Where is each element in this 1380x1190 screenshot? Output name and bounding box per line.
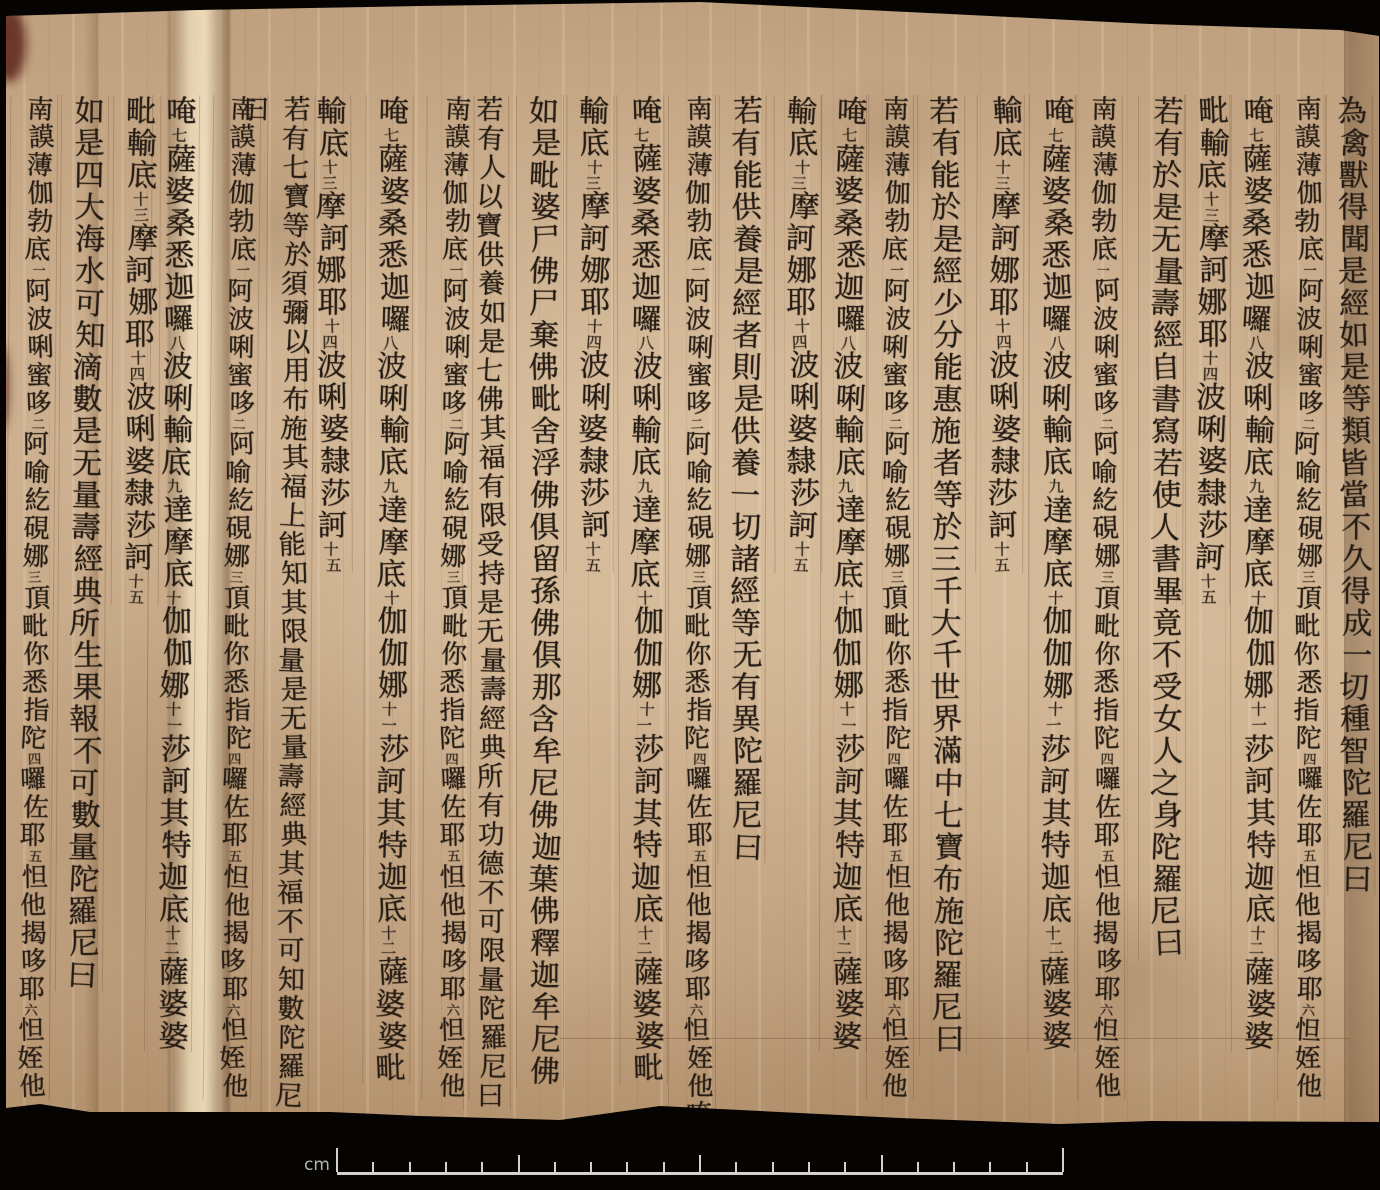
scale-bar-tick [953, 1162, 955, 1172]
manuscript-column: 唵七薩婆桑悉迦囉八波唎輸底九達摩底十伽伽娜十一莎訶其特迦底十二薩婆婆毗 [362, 95, 413, 1084]
scale-bar-tick [1062, 1148, 1064, 1172]
scale-bar-tick [372, 1162, 374, 1172]
manuscript-column: 南謨薄伽勃底一阿波唎蜜哆二阿喻紇硯娜三頂毗你悉指陀四囉佐耶五怛他揭哆耶六怛姪他 [203, 95, 262, 1101]
scale-bar-tick [844, 1162, 846, 1172]
scale-bar-tick [590, 1162, 592, 1172]
scale-bar-tick [772, 1162, 774, 1172]
manuscript-column: 唵七薩婆桑悉迦囉八波唎輸底九達摩底十伽伽娜十一莎訶其特迦底十二薩婆婆毗 [616, 95, 667, 1084]
scale-bar-tick [445, 1162, 447, 1172]
scale-bar-tick [808, 1162, 810, 1172]
scale-bar-tick [518, 1155, 520, 1172]
scale-bar-tick [481, 1162, 483, 1172]
manuscript-column: 若有七寶等於須彌以用布施其福上能知其限量是无量壽經典其福不可知數陀羅尼曰 [260, 95, 315, 1132]
scale-bar-tick [989, 1162, 991, 1172]
manuscript-column: 輸底十三摩訶娜耶十四波唎婆隸莎訶十五 [975, 95, 1025, 573]
scale-bar-tick [881, 1155, 883, 1172]
scale-bar-tick [409, 1162, 411, 1172]
photograph-of-manuscript-scroll: 為禽獸得聞是經如是等類皆當不久得成一切種智陀羅尼曰南謨薄伽勃底一阿波唎蜜哆二阿喻… [0, 0, 1380, 1190]
scale-bar-tick [554, 1162, 556, 1172]
manuscript-column: 若有能於是經少分能惠施者等於三千大千世界滿中七寶布施陀羅尼曰 [917, 95, 967, 1055]
manuscript-column: 南謨薄伽勃底一阿波唎蜜哆二阿喻紇硯娜三頂毗你悉指陀四囉佐耶五怛他揭哆耶六怛姪他 [866, 95, 914, 1100]
manuscript-column: 唵七薩婆桑悉迦囉八波唎輸底九達摩底十伽伽娜十一莎訶其特迦底十二薩婆婆 [819, 95, 870, 1052]
manuscript-column: 為禽獸得聞是經如是等類皆當不久得成一切種智陀羅尼曰 [1325, 95, 1376, 895]
scale-bar-line [337, 1172, 1063, 1175]
manuscript-column: 毗輸底十三摩訶娜耶十四波唎婆隸莎訶十五 [111, 95, 162, 605]
manuscript-column: 如是毗婆尸佛尸棄佛毗舍浮佛俱留孫佛俱那含牟尼佛迦葉佛釋迦牟尼佛 [516, 95, 564, 1087]
manuscript-column: 南謨薄伽勃底一阿波唎蜜哆二阿喻紇硯娜三頂毗你悉指陀四囉佐耶五怛他揭哆耶六怛姪他 [2, 95, 59, 1101]
scale-bar-tick [699, 1155, 701, 1172]
scale-bar-tick [626, 1162, 628, 1172]
manuscript-column: 若有能供養是經者則是供養一切諸經等无有異陀羅尼曰 [717, 95, 766, 863]
manuscript-column: 南謨薄伽勃底一阿波唎蜜哆二阿喻紇硯娜三頂毗你悉指陀四囉佐耶五怛他揭哆耶六怛姪他 [1075, 95, 1126, 1100]
scale-bar-tick [336, 1148, 338, 1172]
manuscript-column: 毗輸底十三摩訶娜耶十四波唎婆隸莎訶十五 [1182, 95, 1232, 605]
scale-unit-label: cm [304, 1155, 330, 1175]
manuscript-column: 南謨薄伽勃底一阿波唎蜜哆二阿喻紇硯娜三頂毗你悉指陀四囉佐耶五怛他揭哆耶六怛姪他 [1277, 95, 1327, 1100]
scale-bar-tick [663, 1162, 665, 1172]
scale-bar-tick [917, 1162, 919, 1172]
photographic-scale-bar: cm [0, 1125, 1380, 1190]
manuscript-column: 如是四大海水可知滴數是无量壽經典所生果報不可數量陀羅尼曰 [55, 95, 109, 991]
manuscript-column: 南謨薄伽勃底一阿波唎蜜哆二阿喻紇硯娜三頂毗你悉指陀四囉佐耶五怛他揭哆耶六怛姪他唵 [668, 95, 716, 1128]
scale-bar-tick [1026, 1162, 1028, 1172]
manuscript-column: 唵七薩婆桑悉迦囉八波唎輸底九達摩底十伽伽娜十一莎訶其特迦底十二薩婆婆 [1027, 95, 1077, 1052]
text-columns-area: 為禽獸得聞是經如是等類皆當不久得成一切種智陀羅尼曰南謨薄伽勃底一阿波唎蜜哆二阿喻… [0, 0, 1380, 1132]
manuscript-paper: 為禽獸得聞是經如是等類皆當不久得成一切種智陀羅尼曰南謨薄伽勃底一阿波唎蜜哆二阿喻… [0, 0, 1380, 1132]
manuscript-column: 輸底十三摩訶娜耶十四波唎婆隸莎訶十五 [566, 95, 615, 573]
scale-bar-tick [735, 1162, 737, 1172]
manuscript-column: 唵七薩婆桑悉迦囉八波唎輸底九達摩底十伽伽娜十一莎訶其特迦底十二薩婆婆 [1229, 95, 1279, 1052]
manuscript-column: 南謨薄伽勃底一阿波唎蜜哆二阿喻紇硯娜三頂毗你悉指陀四囉佐耶五怛他揭哆耶六怛姪他 [421, 95, 474, 1100]
manuscript-column: 若有於是无量壽經自書寫若使人書畢竟不受女人之身陀羅尼曰 [1138, 95, 1186, 959]
manuscript-column: 輸底十三摩訶娜耶十四波唎婆隸莎訶十五 [774, 95, 823, 573]
